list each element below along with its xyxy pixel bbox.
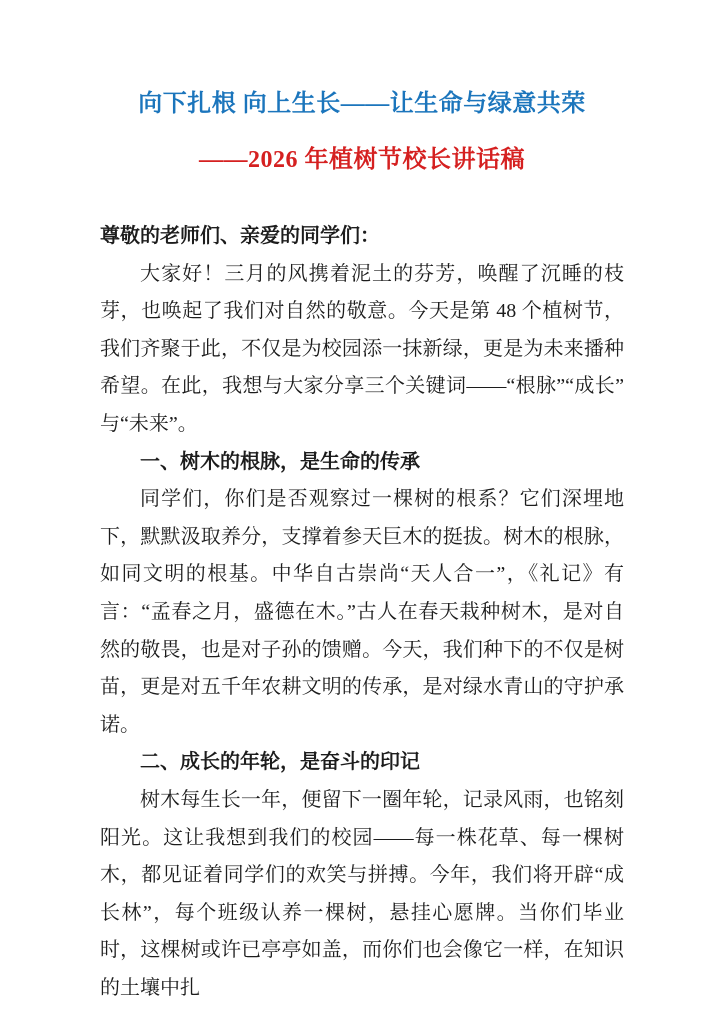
section-heading-1: 一、树木的根脉，是生命的传承: [100, 444, 624, 482]
document-title-line1: 向下扎根 向上生长——让生命与绿意共荣: [100, 88, 624, 120]
paragraph-section-2: 树木每生长一年，便留下一圈年轮，记录风雨，也铭刻阳光。这让我想到我们的校园——每…: [100, 782, 624, 1008]
section-heading-2: 二、成长的年轮，是奋斗的印记: [100, 744, 624, 782]
paragraph-section-1: 同学们，你们是否观察过一棵树的根系？它们深埋地下，默默汲取养分，支撑着参天巨木的…: [100, 481, 624, 744]
greeting-line: 尊敬的老师们、亲爱的同学们：: [100, 218, 624, 256]
document-body: 尊敬的老师们、亲爱的同学们： 大家好！三月的风携着泥土的芬芳，唤醒了沉睡的枝芽，…: [100, 218, 624, 1007]
paragraph-intro: 大家好！三月的风携着泥土的芬芳，唤醒了沉睡的枝芽，也唤起了我们对自然的敬意。今天…: [100, 256, 624, 444]
document-title-line2: ——2026 年植树节校长讲话稿: [100, 144, 624, 176]
document-page: 向下扎根 向上生长——让生命与绿意共荣 ——2026 年植树节校长讲话稿 尊敬的…: [0, 0, 724, 1024]
